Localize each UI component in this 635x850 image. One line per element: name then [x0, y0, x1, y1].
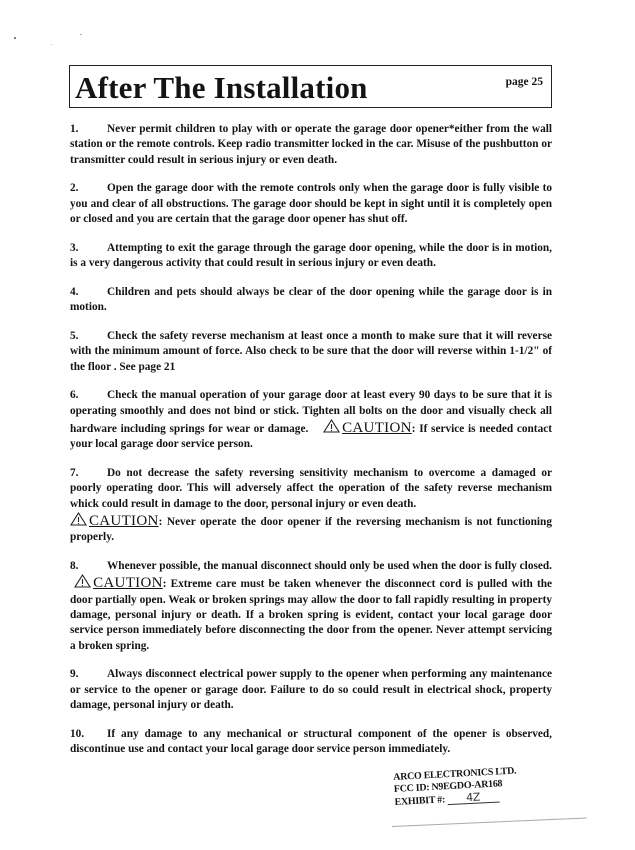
item-text: Children and pets should always be clear…	[70, 286, 552, 313]
item-text: Always disconnect electrical power suppl…	[70, 668, 552, 711]
list-item: 8.Whenever possible, the manual disconne…	[70, 559, 552, 654]
item-number: 6.	[70, 388, 107, 403]
item-number: 8.	[70, 559, 107, 574]
fcc-exhibit-stamp: ARCO ELECTRONICS LTD. FCC ID: N9EGDO-AR1…	[393, 763, 575, 809]
list-item: 10.If any damage to any mechanical or st…	[70, 727, 552, 758]
scan-speck	[51, 44, 52, 45]
list-item: 5.Check the safety reverse mechanism at …	[70, 329, 552, 375]
exhibit-number: 4Z	[447, 790, 500, 805]
item-number: 5.	[70, 329, 107, 344]
list-item: 6.Check the manual operation of your gar…	[70, 388, 552, 452]
item-number: 7.	[70, 466, 107, 481]
stamp-edge-line	[392, 817, 587, 827]
item-number: 3.	[70, 241, 107, 256]
page-title: After The Installation	[75, 72, 368, 103]
item-text: Whenever possible, the manual disconnect…	[107, 560, 552, 572]
scan-speck	[80, 34, 82, 35]
safety-instructions-list: 1.Never permit children to play with or …	[70, 122, 552, 771]
title-box: After The Installation page 25	[69, 65, 552, 108]
page-number: page 25	[506, 76, 543, 88]
item-text: Do not decrease the safety reversing sen…	[70, 467, 552, 510]
item-number: 10.	[70, 727, 107, 742]
warning-triangle-icon	[323, 419, 340, 433]
item-number: 2.	[70, 181, 107, 196]
list-item: 1.Never permit children to play with or …	[70, 122, 552, 168]
list-item: 9.Always disconnect electrical power sup…	[70, 667, 552, 713]
item-text: Check the safety reverse mechanism at le…	[70, 330, 552, 373]
item-text: Open the garage door with the remote con…	[70, 182, 552, 225]
item-number: 4.	[70, 285, 107, 300]
list-item: 3.Attempting to exit the garage through …	[70, 241, 552, 272]
exhibit-label: EXHIBIT #:	[394, 794, 445, 808]
scan-speck	[14, 37, 16, 39]
caution-label: CAUTION	[93, 575, 163, 591]
warning-triangle-icon	[70, 512, 87, 526]
item-text: If any damage to any mechanical or struc…	[70, 728, 552, 755]
caution-label: CAUTION	[342, 420, 412, 436]
warning-triangle-icon	[74, 574, 91, 588]
list-item: 4.Children and pets should always be cle…	[70, 285, 552, 316]
item-number: 1.	[70, 122, 107, 137]
item-text: Attempting to exit the garage through th…	[70, 242, 552, 269]
item-number: 9.	[70, 667, 107, 682]
caution-label: CAUTION	[89, 513, 159, 529]
list-item: 2.Open the garage door with the remote c…	[70, 181, 552, 227]
list-item: 7.Do not decrease the safety reversing s…	[70, 466, 552, 545]
item-text: Never permit children to play with or op…	[70, 123, 552, 166]
